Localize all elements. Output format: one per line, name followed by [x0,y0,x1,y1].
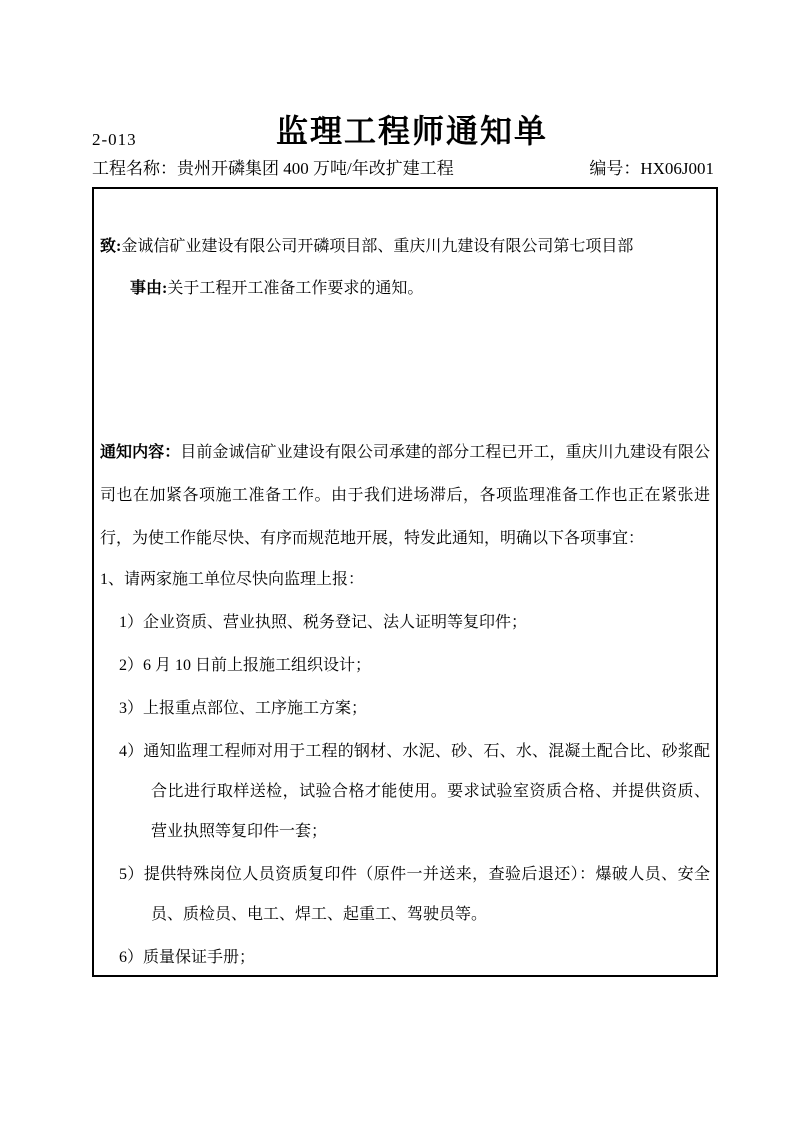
notice-body-box: 致:金诚信矿业建设有限公司开磷项目部、重庆川九建设有限公司第七项目部 事由:关于… [92,187,718,977]
to-value: 金诚信矿业建设有限公司开磷项目部、重庆川九建设有限公司第七项目部 [121,238,633,255]
notice-item-5: 5）提供特殊岗位人员资质复印件（原件一并送来，查验后退还）：爆破人员、安全员、质… [100,855,710,935]
meta-row: 工程名称：贵州开磷集团 400 万吨/年改扩建工程 编号：HX06J001 [92,158,714,180]
notice-item-6: 6）质量保证手册； [100,938,710,977]
subject-value: 关于工程开工准备工作要求的通知。 [167,280,423,297]
document-number-value: HX06J001 [640,159,714,178]
document-title: 监理工程师通知单 [92,106,732,152]
notice-content-paragraph: 通知内容：目前金诚信矿业建设有限公司承建的部分工程已开工，重庆川九建设有限公司也… [100,431,710,560]
to-line: 致:金诚信矿业建设有限公司开磷项目部、重庆川九建设有限公司第七项目部 [100,234,710,260]
to-label: 致: [100,238,121,255]
document-number-label: 编号： [589,159,640,178]
section-1-heading: 1、请两家施工单位尽快向监理上报： [100,560,710,600]
notice-item-2: 2）6 月 10 日前上报施工组织设计； [100,646,710,686]
notice-content-label: 通知内容： [100,444,180,461]
notice-content-text: 目前金诚信矿业建设有限公司承建的部分工程已开工，重庆川九建设有限公司也在加紧各项… [100,444,710,547]
subject-label: 事由: [130,280,167,297]
document-page: 2-013 监理工程师通知单 工程名称：贵州开磷集团 400 万吨/年改扩建工程… [0,0,793,1122]
project-name-line: 工程名称：贵州开磷集团 400 万吨/年改扩建工程 [92,158,454,180]
notice-item-4: 4）通知监理工程师对用于工程的钢材、水泥、砂、石、水、混凝土配合比、砂浆配合比进… [100,732,710,852]
project-name-label: 工程名称： [92,159,177,178]
document-number-line: 编号：HX06J001 [589,158,714,180]
notice-item-1: 1）企业资质、营业执照、税务登记、法人证明等复印件； [100,603,710,643]
project-name-value: 贵州开磷集团 400 万吨/年改扩建工程 [177,159,454,178]
notice-item-3: 3）上报重点部位、工序施工方案； [100,689,710,729]
subject-line: 事由:关于工程开工准备工作要求的通知。 [130,276,710,302]
